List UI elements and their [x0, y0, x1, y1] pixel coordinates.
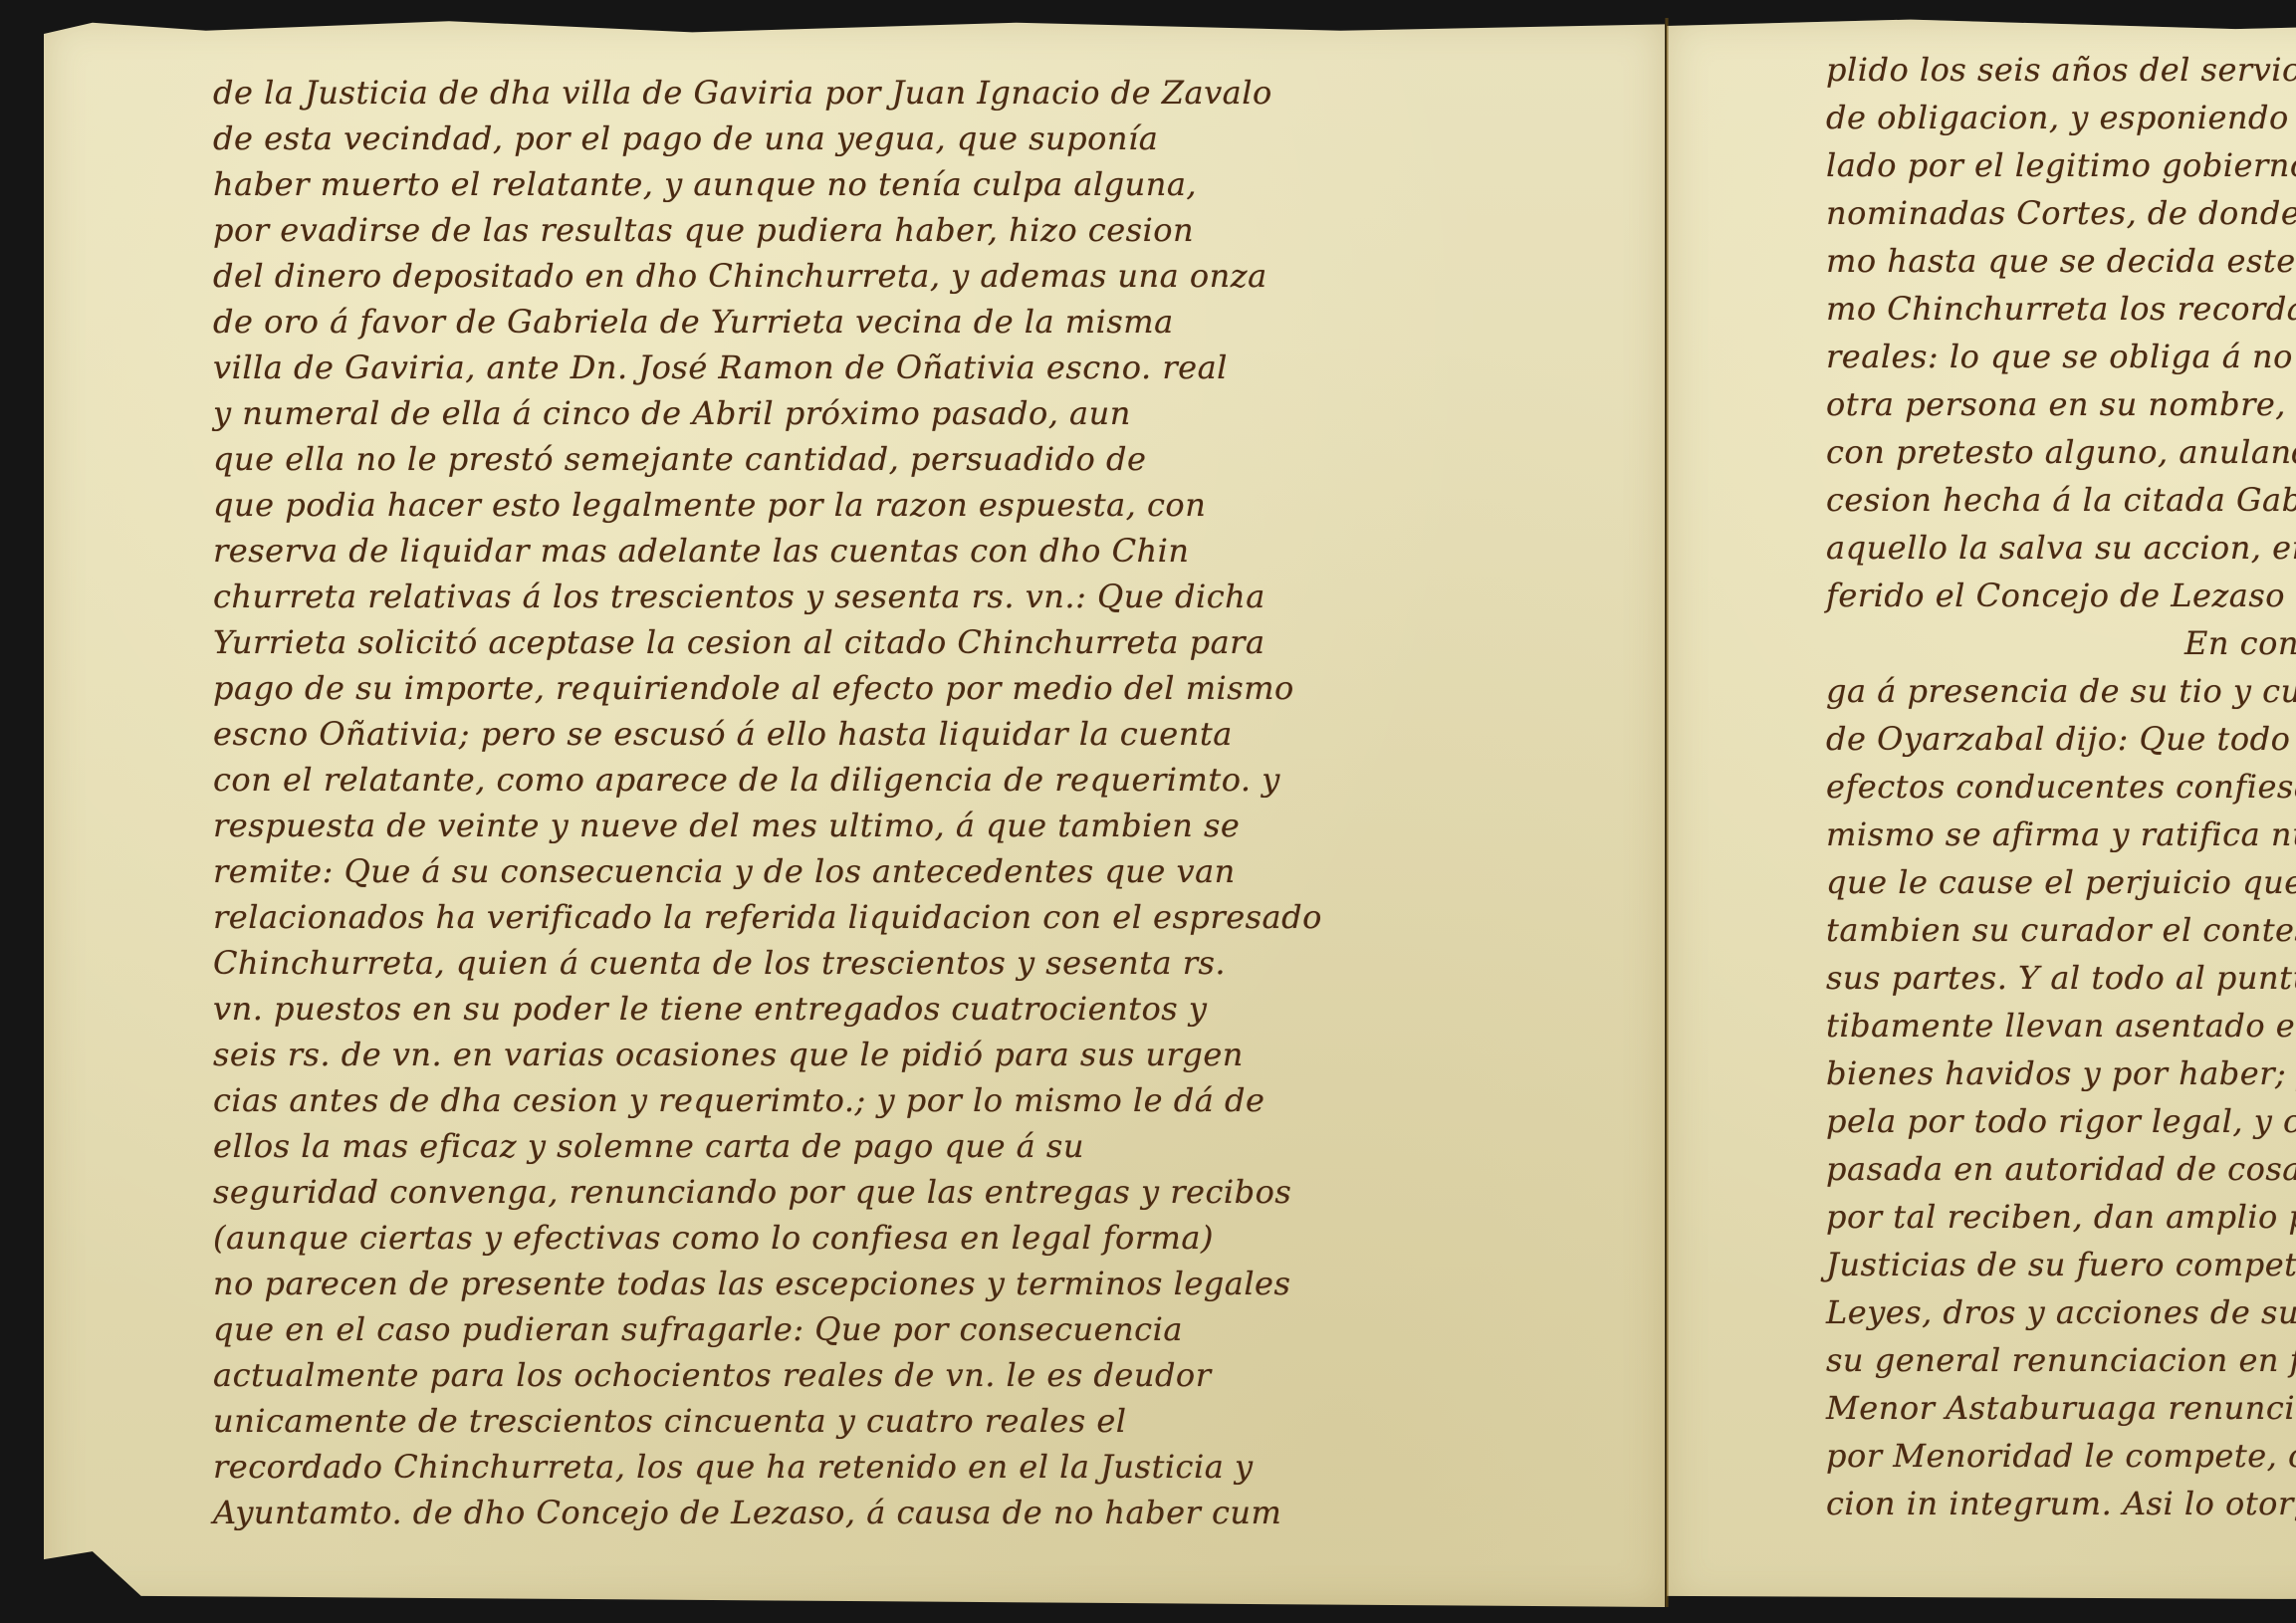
manuscript-line: Chinchurreta, quien á cuenta de los tres…	[213, 940, 1587, 986]
manuscript-line: tibamente llevan asentado en él, se obli…	[1826, 1002, 2296, 1049]
manuscript-line: vn. puestos en su poder le tiene entrega…	[213, 986, 1587, 1032]
manuscript-line: pela por todo rigor legal, y como por se…	[1826, 1097, 2296, 1145]
manuscript-line: respuesta de veinte y nueve del mes ulti…	[213, 803, 1587, 848]
manuscript-line: su general renunciacion en forma. Y en e…	[1826, 1336, 2296, 1384]
manuscript-line: plido los seis años del servicio Militar…	[1826, 46, 2296, 94]
manuscript-line: mo hasta que se decida este punto, queda…	[1826, 237, 2296, 285]
manuscript-line: ferido el Concejo de Lezaso por su recla…	[1826, 572, 2296, 619]
right-page-text: plido los seis años del servicio Militar…	[1826, 46, 2296, 1527]
manuscript-line: ga á presencia de su tio y curador el ci…	[1826, 667, 2296, 715]
manuscript-line: Ayuntamto. de dho Concejo de Lezaso, á c…	[213, 1490, 1587, 1535]
manuscript-line: En consecuencia dho Juan de Astaburua	[1826, 619, 2296, 667]
manuscript-line: escno Oñativia; pero se escusó á ello ha…	[213, 711, 1587, 757]
manuscript-line: cion in integrum. Asi lo otorgaron y no …	[1826, 1480, 2296, 1527]
manuscript-line: bienes havidos y por haber; y para que á…	[1826, 1049, 2296, 1097]
manuscript-line: mo Chinchurreta los recordados trescient…	[1826, 285, 2296, 333]
manuscript-line: relacionados ha verificado la referida l…	[213, 894, 1587, 940]
manuscript-line: por evadirse de las resultas que pudiera…	[213, 207, 1587, 253]
page-gutter	[1665, 18, 1669, 1607]
manuscript-line: recordado Chinchurreta, los que ha reten…	[213, 1444, 1587, 1490]
manuscript-line: lado por el legitimo gobierno el decreto…	[1826, 141, 2296, 189]
manuscript-line: no parecen de presente todas las escepci…	[213, 1261, 1587, 1306]
manuscript-line: que le cause el perjuicio que haya lugar…	[1826, 858, 2296, 906]
manuscript-line: Menor Astaburuaga renunció toda accion y…	[1826, 1384, 2296, 1432]
manuscript-line: reserva de liquidar mas adelante las cue…	[213, 528, 1587, 574]
manuscript-line: de oro á favor de Gabriela de Yurrieta v…	[213, 299, 1587, 345]
manuscript-line: cesion hecha á la citada Gabriela de Yur…	[1826, 476, 2296, 524]
manuscript-line: seis rs. de vn. en varias ocasiones que …	[213, 1032, 1587, 1077]
left-page: de la Justicia de dha villa de Gaviria p…	[44, 18, 1665, 1607]
manuscript-line: por tal reciben, dan amplio poder á todo…	[1826, 1193, 2296, 1241]
manuscript-line: de obligacion, y esponiendo ser nula est…	[1826, 94, 2296, 141]
manuscript-line: cias antes de dha cesion y requerimto.; …	[213, 1077, 1587, 1123]
right-page: plido los seis años del servicio Militar…	[1667, 18, 2296, 1607]
manuscript-line: ellos la mas eficaz y solemne carta de p…	[213, 1123, 1587, 1169]
manuscript-line: y numeral de ella á cinco de Abril próxi…	[213, 390, 1587, 436]
manuscript-line: villa de Gaviria, ante Dn. José Ramon de…	[213, 345, 1587, 390]
manuscript-line: Justicias de su fuero competentes, renun…	[1826, 1241, 2296, 1288]
manuscript-line: de Oyarzabal dijo: Que todo lo que lleva…	[1826, 715, 2296, 763]
manuscript-line: unicamente de trescientos cincuenta y cu…	[213, 1398, 1587, 1444]
manuscript-line: Yurrieta solicitó aceptase la cesion al …	[213, 619, 1587, 665]
manuscript-line: pasada en autoridad de cosa juzgada y co…	[1826, 1145, 2296, 1193]
manuscript-line: de esta vecindad, por el pago de una yeg…	[213, 116, 1587, 161]
manuscript-line: (aunque ciertas y efectivas como lo conf…	[213, 1215, 1587, 1261]
left-page-text: de la Justicia de dha villa de Gaviria p…	[213, 70, 1587, 1535]
manuscript-line: nominadas Cortes, de donde dimanó dha es…	[1826, 189, 2296, 237]
manuscript-line: pago de su importe, requiriendole al efe…	[213, 665, 1587, 711]
manuscript-line: actualmente para los ochocientos reales …	[213, 1352, 1587, 1398]
manuscript-line: del dinero depositado en dho Chinchurret…	[213, 253, 1587, 299]
manuscript-line: churreta relativas á los trescientos y s…	[213, 574, 1587, 619]
manuscript-line: que ella no le prestó semejante cantidad…	[213, 436, 1587, 482]
manuscript-line: otra persona en su nombre, ni mayor cant…	[1826, 380, 2296, 428]
manuscript-line: sus partes. Y al todo al puntual cumplim…	[1826, 954, 2296, 1002]
manuscript-line: con el relatante, como aparece de la dil…	[213, 757, 1587, 803]
manuscript-line: efectos conducentes confiesa y otorga se…	[1826, 763, 2296, 811]
manuscript-line: remite: Que á su consecuencia y de los a…	[213, 848, 1587, 894]
manuscript-line: tambien su curador el contesto de este i…	[1826, 906, 2296, 954]
manuscript-line: por Menoridad le compete, con el benefic…	[1826, 1432, 2296, 1480]
manuscript-line: de la Justicia de dha villa de Gaviria p…	[213, 70, 1587, 116]
manuscript-line: seguridad convenga, renunciando por que …	[213, 1169, 1587, 1215]
manuscript-spread: de la Justicia de dha villa de Gaviria p…	[44, 18, 2296, 1611]
manuscript-line: aquello la salva su accion, en el caso d…	[1826, 524, 2296, 572]
manuscript-line: con pretesto alguno, anulando como anula…	[1826, 428, 2296, 476]
manuscript-line: mismo se afirma y ratifica nuevamente en…	[1826, 811, 2296, 858]
manuscript-line: reales: lo que se obliga á no pedirle po…	[1826, 333, 2296, 380]
manuscript-line: que podia hacer esto legalmente por la r…	[213, 482, 1587, 528]
manuscript-line: que en el caso pudieran sufragarle: Que …	[213, 1306, 1587, 1352]
manuscript-line: haber muerto el relatante, y aunque no t…	[213, 161, 1587, 207]
manuscript-line: Leyes, dros y acciones de su favor, y la…	[1826, 1288, 2296, 1336]
